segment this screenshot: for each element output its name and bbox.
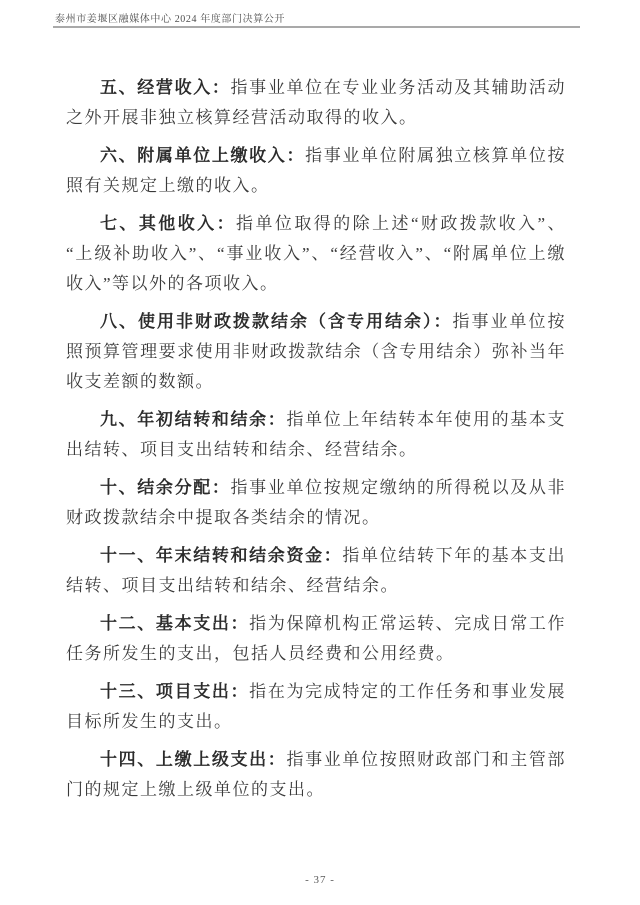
definition-paragraph: 十三、项目支出：指在为完成特定的工作任务和事业发展目标所发生的支出。 [66, 677, 566, 737]
document-page: 泰州市姜堰区融媒体中心 2024 年度部门决算公开 五、经营收入：指事业单位在专… [0, 0, 640, 905]
term-label: 七、其他收入： [100, 214, 236, 233]
term-label: 十二、基本支出： [100, 614, 249, 633]
definition-paragraph: 十、结余分配：指事业单位按规定缴纳的所得税以及从非财政拨款结余中提取各类结余的情… [66, 473, 566, 533]
page-number: - 37 - [0, 874, 640, 886]
term-label: 八、使用非财政拨款结余（含专用结余）： [100, 312, 453, 331]
term-label: 六、附属单位上缴收入： [100, 146, 305, 165]
term-label: 五、经营收入： [100, 78, 231, 97]
header-divider [53, 26, 580, 28]
term-label: 九、年初结转和结余： [100, 410, 286, 429]
definition-paragraph: 七、其他收入：指单位取得的除上述“财政拨款收入”、“上级补助收入”、“事业收入”… [66, 209, 566, 299]
term-label: 十四、上缴上级支出： [100, 750, 286, 769]
definition-paragraph: 六、附属单位上缴收入：指事业单位附属独立核算单位按照有关规定上缴的收入。 [66, 141, 566, 201]
definition-paragraph: 八、使用非财政拨款结余（含专用结余）：指事业单位按照预算管理要求使用非财政拨款结… [66, 307, 566, 397]
term-label: 十三、项目支出： [100, 682, 249, 701]
definition-paragraph: 十二、基本支出：指为保障机构正常运转、完成日常工作任务所发生的支出，包括人员经费… [66, 609, 566, 669]
term-label: 十、结余分配： [100, 478, 231, 497]
definition-paragraph: 十一、年末结转和结余资金：指单位结转下年的基本支出结转、项目支出结转和结余、经营… [66, 541, 566, 601]
document-body: 五、经营收入：指事业单位在专业业务活动及其辅助活动之外开展非独立核算经营活动取得… [66, 73, 566, 813]
definition-paragraph: 九、年初结转和结余：指单位上年结转本年使用的基本支出结转、项目支出结转和结余、经… [66, 405, 566, 465]
definition-paragraph: 十四、上缴上级支出：指事业单位按照财政部门和主管部门的规定上缴上级单位的支出。 [66, 745, 566, 805]
term-label: 十一、年末结转和结余资金： [100, 546, 342, 565]
definition-paragraph: 五、经营收入：指事业单位在专业业务活动及其辅助活动之外开展非独立核算经营活动取得… [66, 73, 566, 133]
document-header-title: 泰州市姜堰区融媒体中心 2024 年度部门决算公开 [55, 10, 285, 25]
